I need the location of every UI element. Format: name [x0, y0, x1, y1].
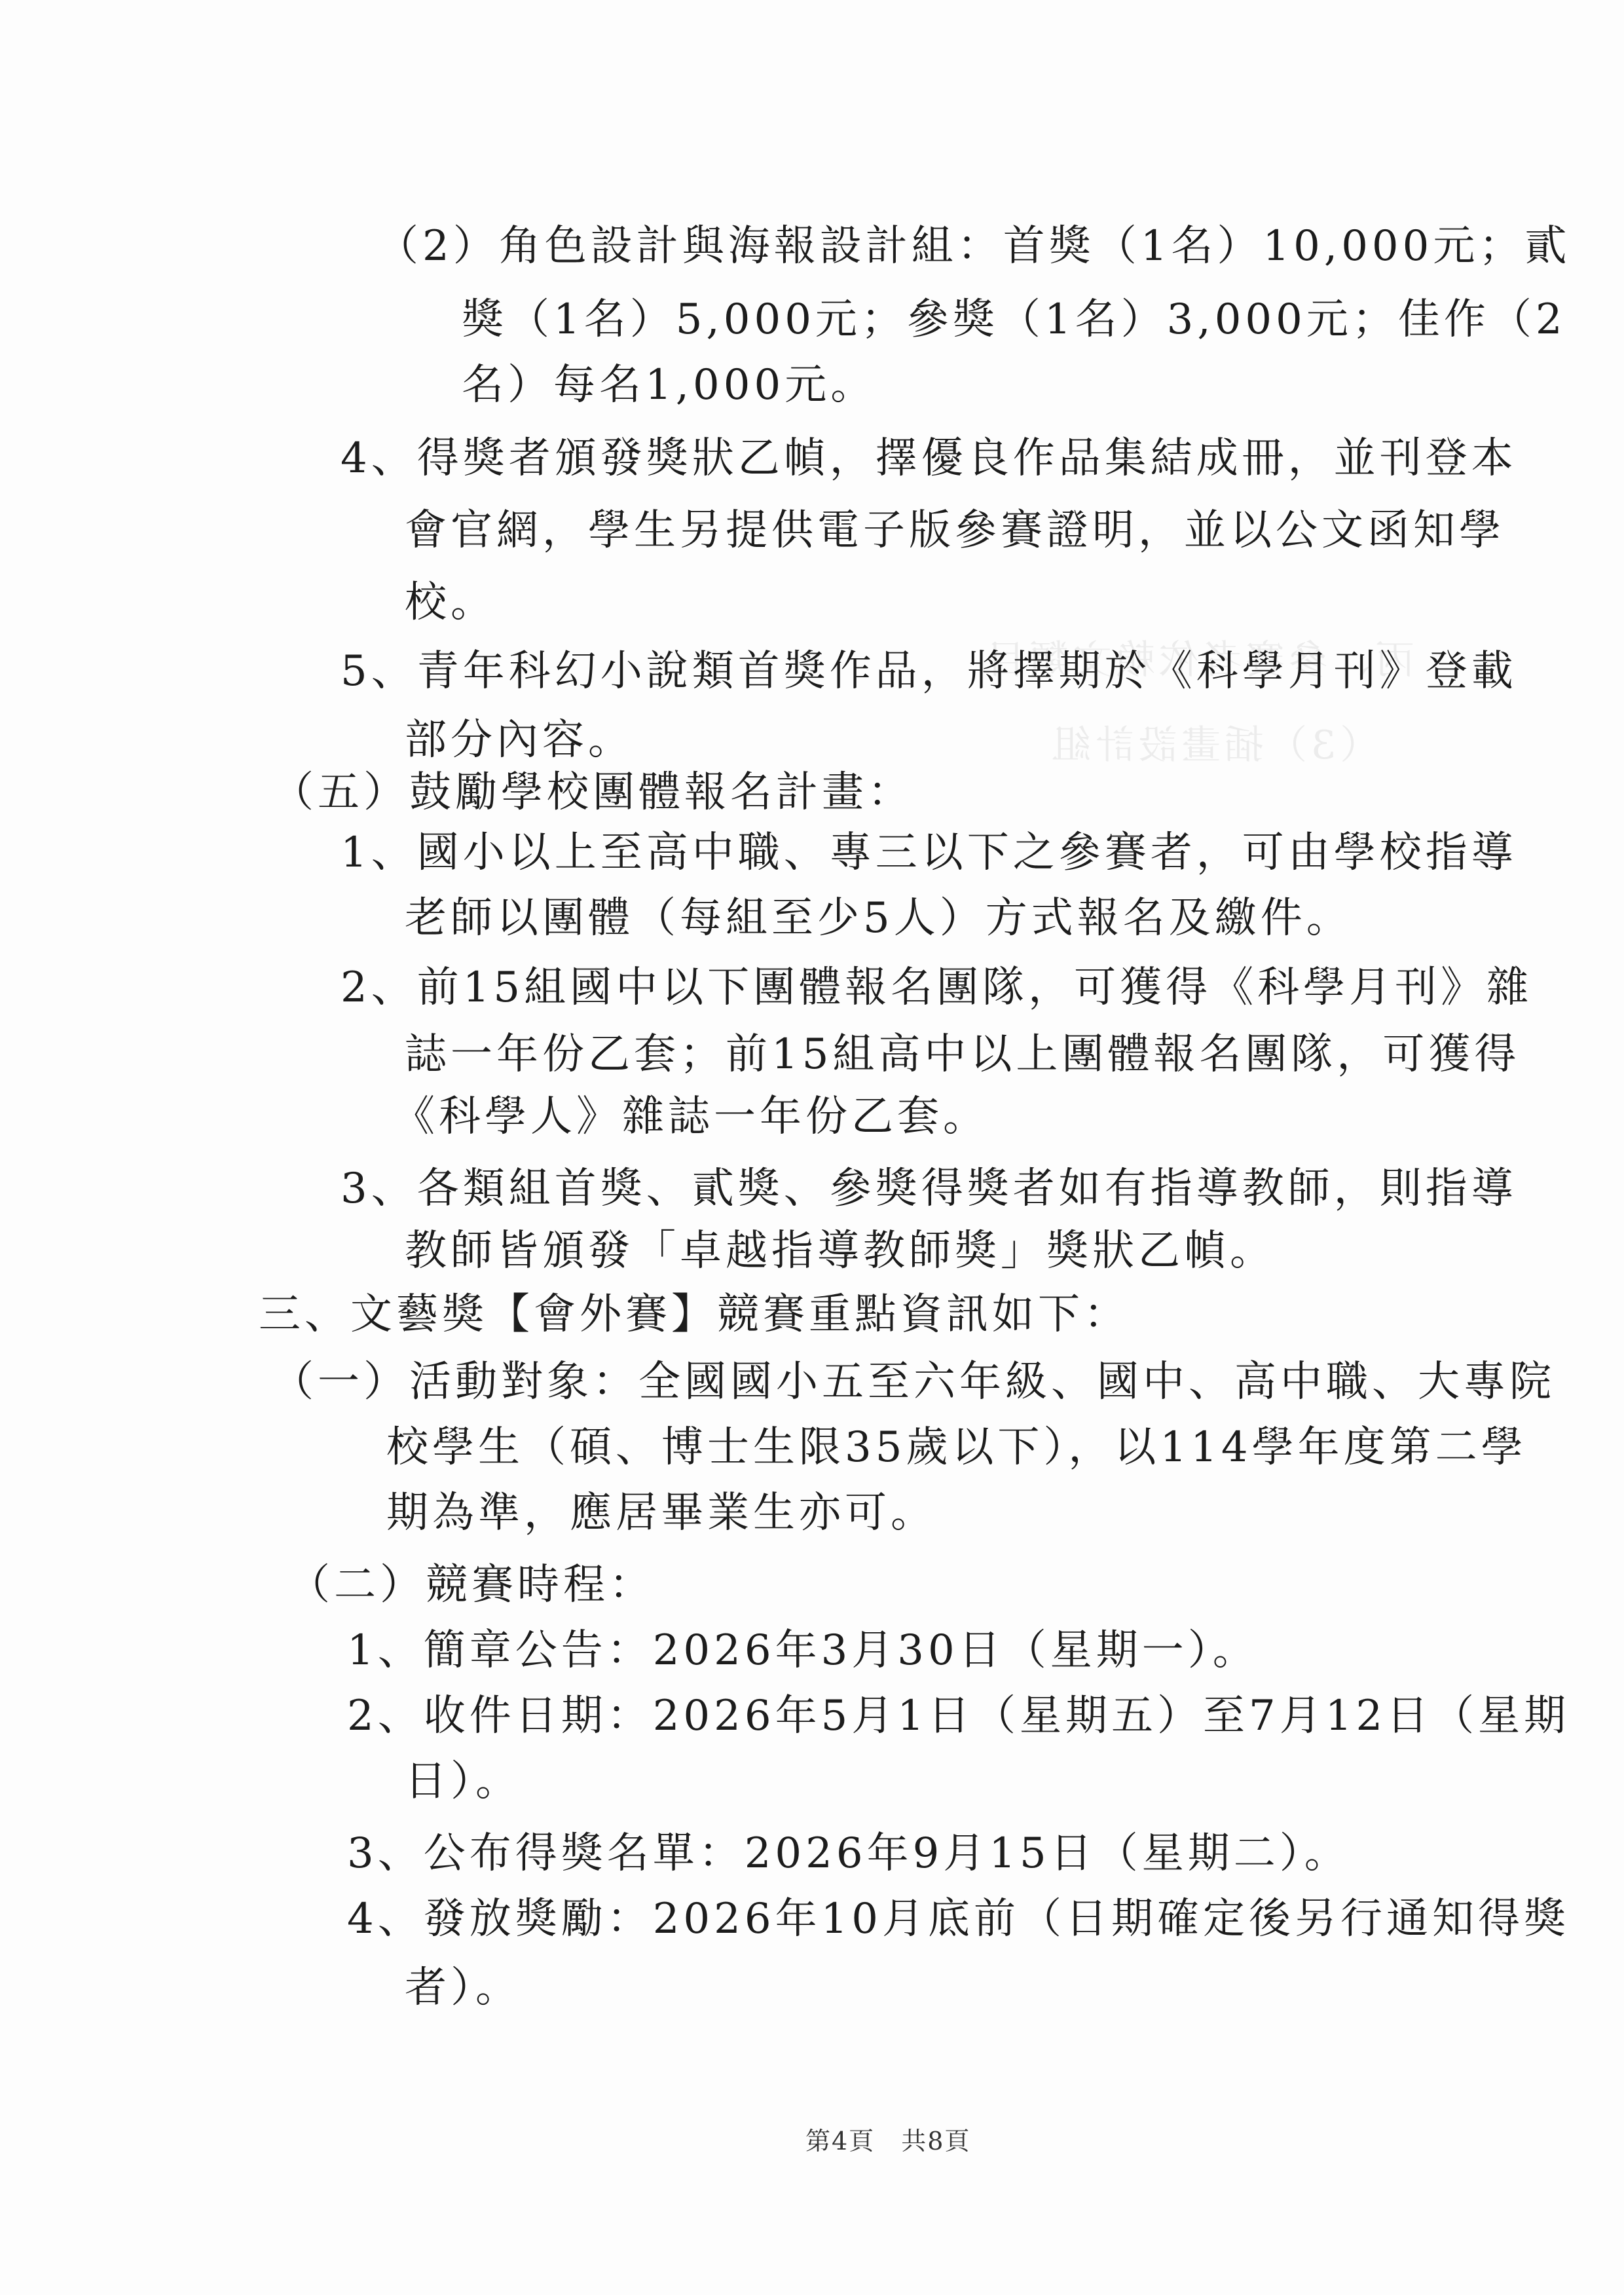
text-line: 4、得獎者頒發獎狀乙幀，擇優良作品集結成冊，並刊登本 [341, 432, 1517, 485]
text-line: 3、各類組首獎、貳獎、參獎得獎者如有指導教師，則指導 [341, 1163, 1517, 1215]
text-line: 5、青年科幻小說類首獎作品，將擇期於《科學月刊》登載 [341, 645, 1517, 698]
text-line: 《科學人》雜誌一年份乙套。 [393, 1091, 989, 1143]
text-line: 教師皆頒發「卓越指導教師獎」獎狀乙幀。 [405, 1225, 1276, 1277]
text-line: 會官網，學生另提供電子版參賽證明，並以公文函知學 [405, 504, 1505, 557]
text-line: 3、公布得獎名單：2026年9月15日（星期二）。 [347, 1827, 1350, 1880]
text-line: 三、文藝獎【會外賽】競賽重點資訊如下： [259, 1288, 1130, 1341]
text-line: 2、收件日期：2026年5月1日（星期五）至7月12日（星期 [347, 1690, 1570, 1742]
text-line: 4、發放獎勵：2026年10月底前（日期確定後另行通知得獎 [347, 1893, 1570, 1945]
text-line: 者）。 [405, 1962, 521, 2014]
document-page: 丙、參賽者依賴文類目 （3）插畫設計組 （2）角色設計與海報設計組：首獎（1名）… [0, 0, 1624, 2295]
text-line: 期為準，應居畢業生亦可。 [386, 1487, 936, 1539]
text-line: 名）每名1,000元。 [462, 359, 876, 411]
text-line: 日）。 [405, 1755, 521, 1808]
text-line: 校學生（碩、博士生限35歲以下），以114學年度第二學 [386, 1421, 1527, 1474]
total-pages: 共8頁 [901, 2127, 970, 2155]
text-line: 誌一年份乙套；前15組高中以上團體報名團隊，可獲得 [405, 1028, 1520, 1081]
text-line: 老師以團體（每組至少5人）方式報名及繳件。 [405, 892, 1352, 944]
text-line: （一）活動對象：全國國小五至六年級、國中、高中職、大專院 [272, 1356, 1555, 1408]
page-footer: 第4頁共8頁 [805, 2121, 970, 2157]
text-line: 1、簡章公告：2026年3月30日（星期一）。 [347, 1624, 1259, 1677]
ghost-text: （3）插畫設計組 [1048, 714, 1379, 770]
text-line: 1、國小以上至高中職、專三以下之參賽者，可由學校指導 [341, 827, 1517, 879]
page-number: 第4頁 [805, 2127, 875, 2155]
text-line: 獎（1名）5,000元；參獎（1名）3,000元；佳作（2 [462, 293, 1566, 346]
text-line: （2）角色設計與海報設計組：首獎（1名）10,000元；貳 [377, 220, 1570, 272]
text-line: 部分內容。 [405, 714, 634, 766]
text-line: （二）競賽時程： [288, 1559, 655, 1611]
text-line: 2、前15組國中以下團體報名團隊，可獲得《科學月刊》雜 [341, 961, 1532, 1014]
text-line: 校。 [405, 576, 496, 629]
text-line: （五）鼓勵學校團體報名計畫： [272, 766, 913, 819]
